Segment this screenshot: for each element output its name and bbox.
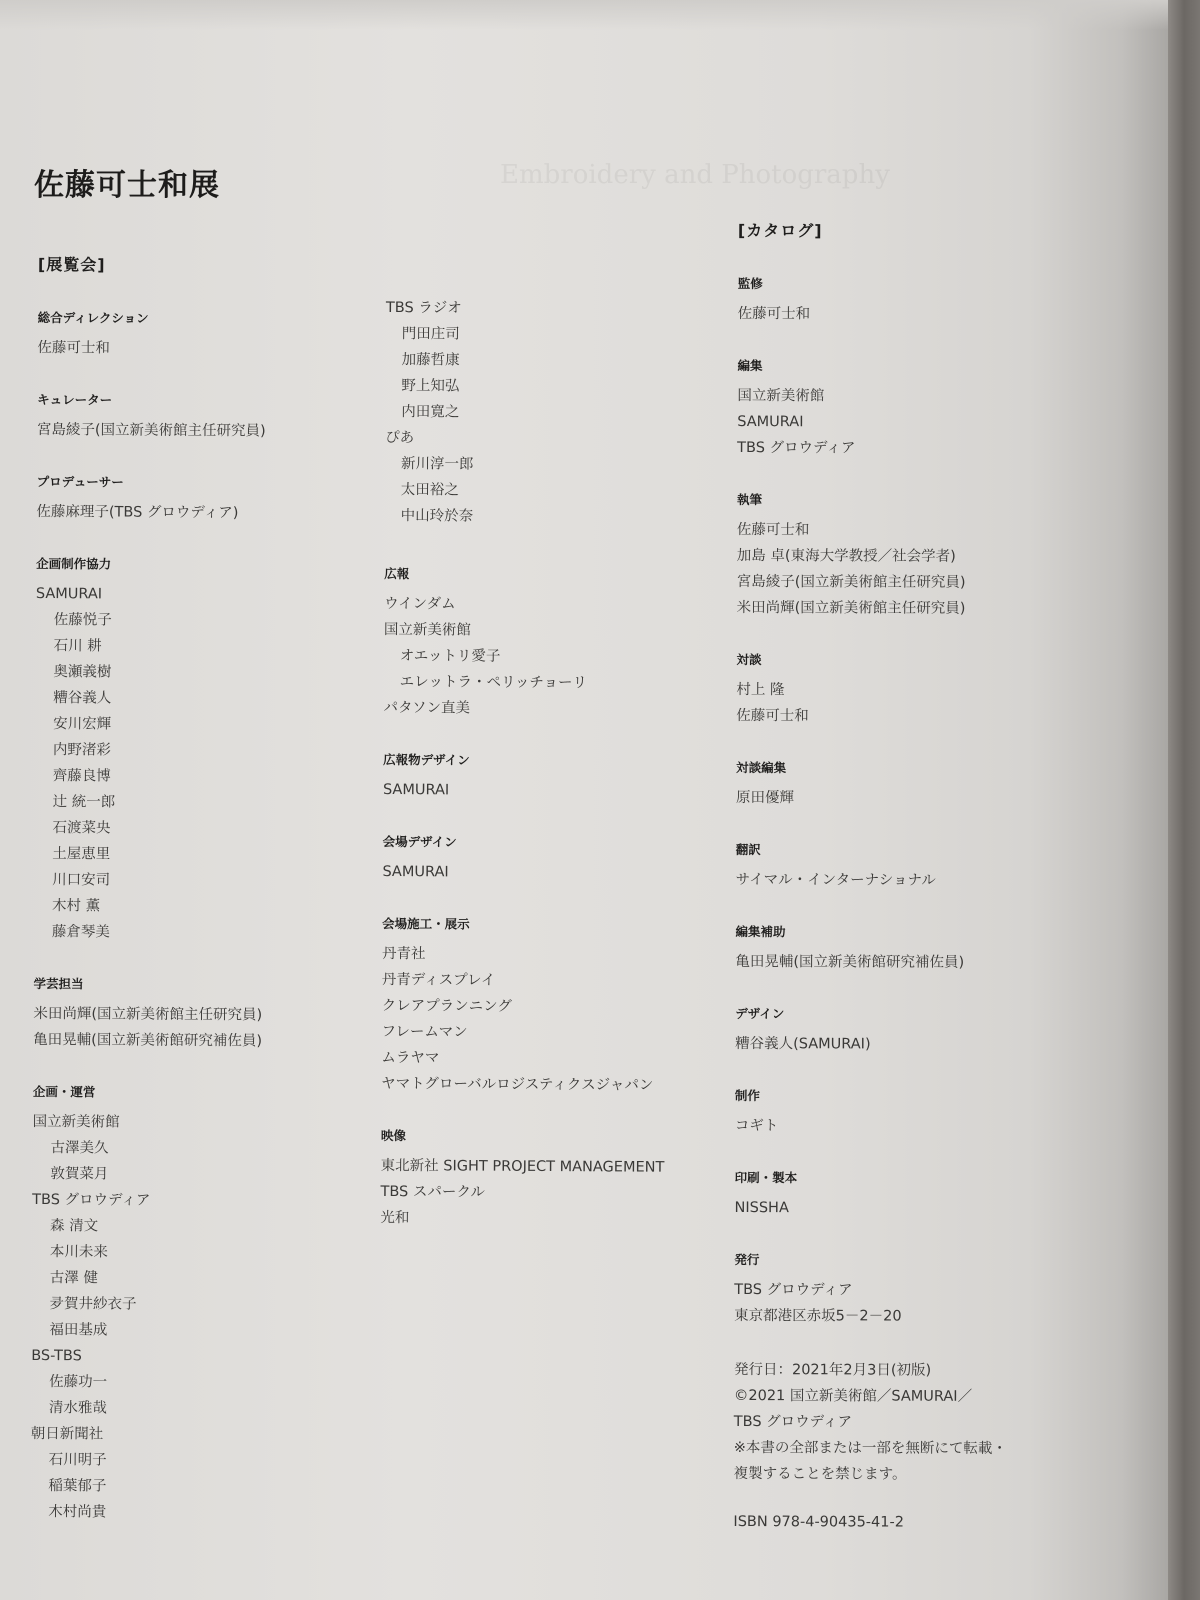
credit-line: 安川宏輝 xyxy=(35,711,264,738)
section-heading: 翻訳 xyxy=(736,839,1009,862)
page-title: 佐藤可士和展 xyxy=(34,160,220,204)
credit-section: 学芸担当米田尚輝(国立新美術館主任研究員)亀田晃輔(国立新美術館研究補佐員) xyxy=(33,973,262,1054)
exhibition-heading: [展覧会] xyxy=(38,252,267,276)
section-heading: キュレーター xyxy=(37,389,266,412)
credit-line: 国立新美術館 xyxy=(737,383,1010,410)
credit-line: ©2021 国立新美術館／SAMURAI／ xyxy=(734,1383,1007,1410)
credit-section: 映像東北新社 SIGHT PROJECT MANAGEMENTTBS スパークル… xyxy=(380,1125,664,1233)
credit-line: SAMURAI xyxy=(383,777,667,805)
credit-section: 総合ディレクション佐藤可士和 xyxy=(37,307,266,362)
credit-section: 広報物デザインSAMURAI xyxy=(383,749,667,805)
credit-line: 石川明子 xyxy=(31,1447,260,1474)
credit-line: ムラヤマ xyxy=(381,1045,665,1073)
section-heading: 会場施工・展示 xyxy=(382,913,666,937)
credit-line: 東京都港区赤坂5－2－20 xyxy=(734,1303,1007,1330)
credit-line: ヤマトグローバルロジスティクスジャパン xyxy=(381,1071,665,1099)
credit-section: 会場施工・展示丹青社丹青ディスプレイクレアプランニングフレームマンムラヤマヤマト… xyxy=(381,913,666,1099)
credit-section: 会場デザインSAMURAI xyxy=(382,831,666,887)
credit-line: TBS グロウディア xyxy=(734,1409,1007,1436)
credit-line: サイマル・インターナショナル xyxy=(736,867,1009,894)
credit-section: 執筆佐藤可士和加島 卓(東海大学教授／社会学者)宮島綾子(国立新美術館主任研究員… xyxy=(737,489,1011,622)
section-heading: 総合ディレクション xyxy=(38,307,267,330)
credit-section: 編集補助亀田晃輔(国立新美術館研究補佐員) xyxy=(735,921,1008,976)
credit-section: 対談編集原田優輝 xyxy=(736,757,1009,812)
credit-line: 夛賀井紗衣子 xyxy=(31,1291,260,1318)
credit-section: 印刷・製本NISSHA xyxy=(734,1167,1007,1222)
credit-line: 丹青ディスプレイ xyxy=(382,967,666,995)
credit-line: 佐藤可士和 xyxy=(736,703,1009,730)
section-heading: 対談編集 xyxy=(736,757,1009,780)
credit-section: 発行TBS グロウディア東京都港区赤坂5－2－20 xyxy=(734,1249,1007,1330)
credit-line: 東北新社 SIGHT PROJECT MANAGEMENT xyxy=(381,1153,665,1181)
credit-line: 石川 耕 xyxy=(36,633,265,660)
section-heading: 企画制作協力 xyxy=(36,553,265,576)
credit-line: 齊藤良博 xyxy=(35,763,264,790)
section-heading: 企画・運営 xyxy=(33,1081,262,1104)
credit-section: 広報ウインダム国立新美術館オエットリ愛子エレットラ・ペリッチョーリパタソン直美 xyxy=(383,563,668,723)
credit-line: 宮島綾子(国立新美術館主任研究員) xyxy=(737,569,1010,596)
credit-line: オエットリ愛子 xyxy=(384,643,668,671)
credit-section: プロデューサー佐藤麻理子(TBS グロウディア) xyxy=(36,471,265,526)
credit-line: TBS スパークル xyxy=(380,1179,664,1207)
catalog-heading: [カタログ] xyxy=(738,218,1011,242)
section-heading: 編集 xyxy=(737,355,1010,378)
credit-line: エレットラ・ペリッチョーリ xyxy=(384,669,668,697)
credit-line: 福田基成 xyxy=(31,1317,260,1344)
credit-line: 藤倉琴美 xyxy=(34,919,263,946)
section-heading: 学芸担当 xyxy=(33,973,262,996)
credit-line: 奥瀬義樹 xyxy=(35,659,264,686)
credit-section: 対談村上 隆佐藤可士和 xyxy=(736,649,1009,730)
credit-line: 土屋恵里 xyxy=(34,841,263,868)
section-heading: 執筆 xyxy=(737,489,1010,512)
credit-line: ウインダム xyxy=(384,591,668,619)
credit-line: 亀田晃輔(国立新美術館研究補佐員) xyxy=(33,1027,262,1054)
credit-line: 複製することを禁じます。 xyxy=(734,1461,1007,1488)
credit-section: 翻訳サイマル・インターナショナル xyxy=(736,839,1009,894)
credit-line: 佐藤可士和 xyxy=(738,301,1011,328)
section-heading: 編集補助 xyxy=(735,921,1008,944)
credit-line: 光和 xyxy=(380,1205,664,1233)
colophon: 発行日：2021年2月3日(初版)©2021 国立新美術館／SAMURAI／TB… xyxy=(734,1357,1008,1488)
credit-line: 古澤美久 xyxy=(32,1135,261,1162)
continued-list: TBS ラジオ門田庄司加藤哲康野上知弘内田寛之ぴあ新川淳一郎太田裕之中山玲於奈 xyxy=(385,295,670,531)
credit-line: TBS グロウディア xyxy=(32,1187,261,1214)
credit-line: TBS グロウディア xyxy=(734,1277,1007,1304)
exhibition-column-2: TBS ラジオ門田庄司加藤哲康野上知弘内田寛之ぴあ新川淳一郎太田裕之中山玲於奈 … xyxy=(380,295,670,1261)
credit-line: SAMURAI xyxy=(36,581,265,608)
credit-line: 敦賀菜月 xyxy=(32,1161,261,1188)
credit-line: 加島 卓(東海大学教授／社会学者) xyxy=(737,543,1010,570)
section-heading: 発行 xyxy=(734,1249,1007,1272)
bleed-through-text: Embroidery and Photography xyxy=(500,160,890,190)
credit-section: 企画制作協力SAMURAI佐藤悦子石川 耕奥瀬義樹糟谷義人安川宏輝内野渚彩齊藤良… xyxy=(34,553,265,946)
credit-section: デザイン糟谷義人(SAMURAI) xyxy=(735,1003,1008,1058)
isbn: ISBN 978-4-90435-41-2 xyxy=(733,1509,1006,1536)
section-heading: 印刷・製本 xyxy=(735,1167,1008,1190)
credit-line: 発行日：2021年2月3日(初版) xyxy=(734,1357,1007,1384)
section-heading: 会場デザイン xyxy=(383,831,667,855)
section-heading: 広報物デザイン xyxy=(383,749,667,773)
credit-line: 佐藤功一 xyxy=(31,1369,260,1396)
credit-line: 原田優輝 xyxy=(736,785,1009,812)
credit-line: 古澤 健 xyxy=(32,1265,261,1292)
credit-line: 宮島綾子(国立新美術館主任研究員) xyxy=(37,417,266,444)
credit-line: コギト xyxy=(735,1113,1008,1140)
credit-line: 内田寛之 xyxy=(385,399,669,427)
credit-section: 制作コギト xyxy=(735,1085,1008,1140)
credit-section: 企画・運営国立新美術館古澤美久敦賀菜月TBS グロウディア森 清文本川未来古澤 … xyxy=(30,1081,262,1526)
credit-line: クレアプランニング xyxy=(382,993,666,1021)
credit-line: SAMURAI xyxy=(382,859,666,887)
credit-line: ※本書の全部または一部を無断にて転載・ xyxy=(734,1435,1007,1462)
credit-line: 石渡菜央 xyxy=(34,815,263,842)
book-edge xyxy=(1168,0,1200,1600)
credit-line: 糟谷義人(SAMURAI) xyxy=(735,1031,1008,1058)
credit-line: BS-TBS xyxy=(31,1343,260,1370)
section-heading: 監修 xyxy=(738,273,1011,296)
section-heading: 制作 xyxy=(735,1085,1008,1108)
credit-line: 中山玲於奈 xyxy=(385,503,669,531)
credit-line: 加藤哲康 xyxy=(386,347,670,375)
credit-line: NISSHA xyxy=(734,1195,1007,1222)
credit-line: 川口安司 xyxy=(34,867,263,894)
credit-line: 佐藤可士和 xyxy=(737,517,1010,544)
credit-line: 門田庄司 xyxy=(386,321,670,349)
exhibition-sections-continued: 広報ウインダム国立新美術館オエットリ愛子エレットラ・ペリッチョーリパタソン直美広… xyxy=(380,563,668,1233)
credit-line: TBS グロウディア xyxy=(737,435,1010,462)
credit-line: 太田裕之 xyxy=(385,477,669,505)
credit-line: 木村 薫 xyxy=(34,893,263,920)
credit-line: 佐藤悦子 xyxy=(36,607,265,634)
credit-line: 内野渚彩 xyxy=(35,737,264,764)
credit-section: キュレーター宮島綾子(国立新美術館主任研究員) xyxy=(37,389,266,444)
section-heading: 映像 xyxy=(381,1125,665,1149)
credit-line: ぴあ xyxy=(385,425,669,453)
section-heading: 対談 xyxy=(736,649,1009,672)
catalog-sections: 監修佐藤可士和編集国立新美術館SAMURAITBS グロウディア執筆佐藤可士和加… xyxy=(734,273,1011,1330)
credit-line: 佐藤麻理子(TBS グロウディア) xyxy=(36,499,265,526)
credit-section: 監修佐藤可士和 xyxy=(738,273,1011,328)
credit-line: 村上 隆 xyxy=(736,677,1009,704)
section-heading: 広報 xyxy=(384,563,668,587)
exhibition-column-1: [展覧会] 総合ディレクション佐藤可士和キュレーター宮島綾子(国立新美術館主任研… xyxy=(30,252,267,1554)
book-page: Embroidery and Photography 佐藤可士和展 [展覧会] … xyxy=(0,0,1168,1600)
credit-line: 国立新美術館 xyxy=(33,1109,262,1136)
credit-line: 米田尚輝(国立新美術館主任研究員) xyxy=(737,595,1010,622)
credit-line: 清水雅哉 xyxy=(31,1395,260,1422)
credit-line: 辻 統一郎 xyxy=(35,789,264,816)
credit-line: 糟谷義人 xyxy=(35,685,264,712)
section-heading: プロデューサー xyxy=(37,471,266,494)
credit-line: 森 清文 xyxy=(32,1213,261,1240)
section-heading: デザイン xyxy=(735,1003,1008,1026)
credit-line: 新川淳一郎 xyxy=(385,451,669,479)
credit-line: 国立新美術館 xyxy=(384,617,668,645)
credit-line: 野上知弘 xyxy=(385,373,669,401)
credit-line: 朝日新聞社 xyxy=(31,1421,260,1448)
credit-line: パタソン直美 xyxy=(383,695,667,723)
exhibition-sections: 総合ディレクション佐藤可士和キュレーター宮島綾子(国立新美術館主任研究員)プロデ… xyxy=(30,307,266,1526)
credit-line: 本川未来 xyxy=(32,1239,261,1266)
credit-line: 佐藤可士和 xyxy=(37,335,266,362)
catalog-column: [カタログ] 監修佐藤可士和編集国立新美術館SAMURAITBS グロウディア執… xyxy=(733,218,1011,1536)
credit-section: 編集国立新美術館SAMURAITBS グロウディア xyxy=(737,355,1011,462)
credit-line: 丹青社 xyxy=(382,941,666,969)
credit-line: フレームマン xyxy=(381,1019,665,1047)
credit-line: TBS ラジオ xyxy=(386,295,670,323)
credit-line: SAMURAI xyxy=(737,409,1010,436)
credit-line: 米田尚輝(国立新美術館主任研究員) xyxy=(33,1001,262,1028)
credit-line: 亀田晃輔(国立新美術館研究補佐員) xyxy=(735,949,1008,976)
credit-line: 稲葉郁子 xyxy=(30,1473,259,1500)
credit-line: 木村尚貴 xyxy=(30,1499,259,1526)
